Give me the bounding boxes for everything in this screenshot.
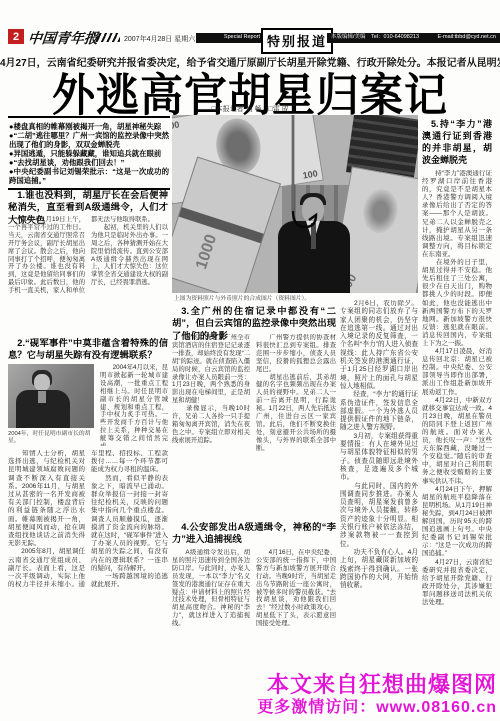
section-2-heading: 2.“砚军事件”中莫非蕴含着特殊的信息？它与胡星失踪有没有逻辑联系？ — [8, 337, 168, 362]
section-label-en: Special Report — [224, 35, 260, 41]
watermark-url[interactable]: 更多激情访问：www.08160.cn — [257, 694, 497, 717]
email-info: E-mail:tbbd@cyd.net.cn — [438, 35, 496, 41]
slashes-decoration — [94, 33, 120, 42]
summary-bullet: ●“二胡”逃往哪里？广州一宾馆的监控录像中突然出现了他们的身影，双双金蝉脱壳 — [9, 131, 169, 149]
left-photo-caption: 2004年，时任昆明市副市长的胡星。 — [8, 431, 94, 445]
hu-xing-photo — [8, 364, 94, 428]
summary-box: ●楼盘真相的帷幕刚被揭开一角，胡星神秘失踪 ●“二胡”逃往哪里？广州一宾馆的监控… — [8, 116, 170, 190]
masthead-logo: 中国青年报 — [27, 28, 99, 48]
section-title: 特别报道 — [261, 28, 333, 54]
body-col1-beside-photo: 2004年4月以来，昆明市掀起新一轮城市建设高潮，一批重点工程相继上马。时任昆明… — [100, 364, 168, 446]
face-shape — [34, 374, 50, 391]
section-5-heading: 5.持“李力”港澳通行证到香港的并非胡星，胡波金蝉脱壳 — [422, 118, 492, 166]
issue-date: 2007年4月28日 星期六 — [124, 34, 195, 44]
editor-info: 本版编辑/美编 Tel：010-64098213 — [331, 35, 419, 41]
summary-bullet: ●楼盘真相的帷幕刚被揭开一角，胡星神秘失踪 — [9, 122, 169, 131]
page-number-badge: 2 — [8, 29, 24, 44]
body-col1-bottom: 知情人士分析，胡星选择出逃，与纪检机关对昆明城建领域腐败问题的调查不断深入有直接… — [8, 450, 168, 695]
body-col2: 专案组调取了广州全市宾馆酒店的住宿登记记录逐一排查，却始终没有发现“二胡”的踪迹… — [172, 334, 250, 518]
newspaper-page: 2 中国青年报 2007年4月28日 星期六 Special Report 特别… — [0, 0, 500, 721]
body-col1-top: 2007年1月19日上午，一个再平常不过的工作日。当天，云南省交通厅照常召开厅务… — [8, 216, 168, 332]
header-bar-right: 本版编辑/美编 Tel：010-64098213 E-mail:tbbd@cyd… — [327, 33, 500, 43]
summary-bullet: ●中央纪委副书记刘锡荣批示：“这是一次成功的跨国追捕。” — [9, 167, 169, 185]
header-bar-left: Special Report — [196, 33, 264, 43]
body-col5: 持“李力”港澳通行证经罗湖口岸前往香港的，究竟是不是胡星本人？香港警方调阅入境录… — [422, 170, 492, 695]
summary-bullet: ●异国逃遁，只能躲躲藏藏，谁知追兵就在眼前 — [9, 149, 169, 158]
summary-bullet: ●“去找胡星谈，劝他跟我们回去！” — [9, 158, 169, 167]
fishing-hook-icon — [172, 115, 418, 293]
byline: □本报记者 刘 畅 □雷 成 — [0, 104, 500, 114]
body-col3: 广州警方提供的协查材料很快汇总到专案组。排查范围一步步缩小，侦查人员坚信，狡猾的… — [256, 334, 336, 518]
collar-shape — [38, 391, 46, 403]
photo-montage: 100 100 1000 100 — [172, 115, 418, 293]
section-4-heading: 4.公安部发出A级通缉令，神秘的“李力”进入追捕视线 — [172, 521, 336, 546]
body-col4: 2月6日，农历除夕。专案组的同志们放弃了与家人团聚的机会，仍坚守在追逃第一线。通… — [340, 300, 418, 695]
body-col2-bottom: A级通缉令发出后，胡星的照片迅速传到全国各边防口岸。与此同时，办案人员发现，一本… — [172, 549, 250, 695]
